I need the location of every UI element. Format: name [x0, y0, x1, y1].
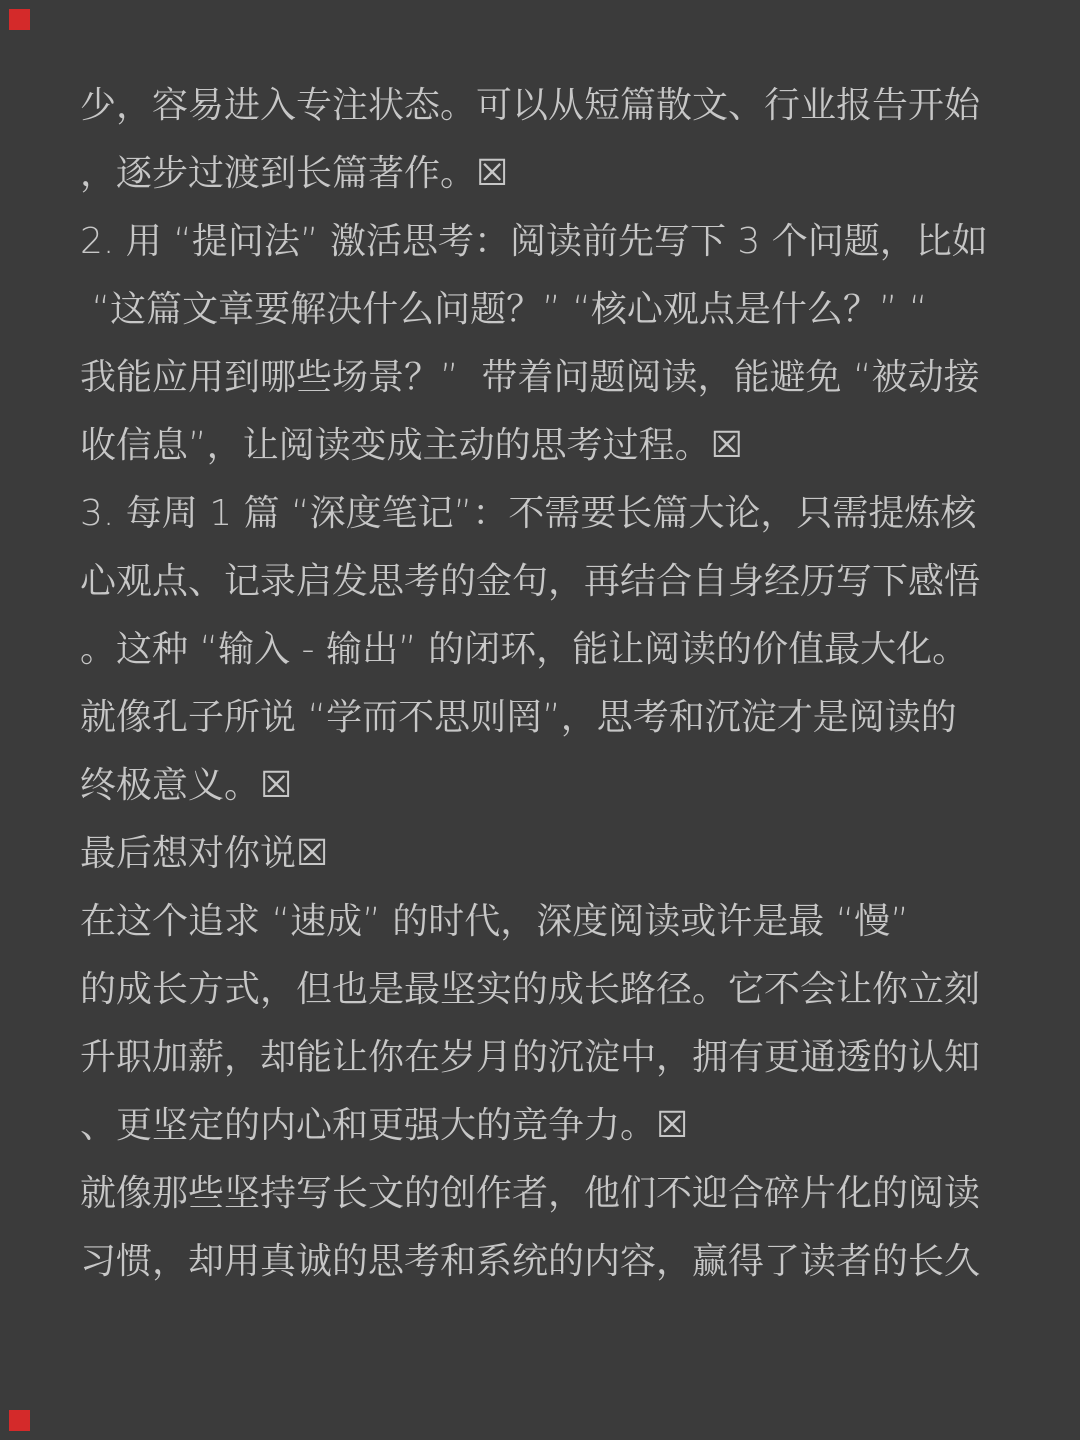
text-line: 收信息”，让阅读变成主动的思考过程。☒ — [80, 412, 1010, 480]
text-line: 升职加薪，却能让你在岁月的沉淀中，拥有更通透的认知 — [80, 1024, 1010, 1092]
text-line: 、更坚定的内心和更强大的竞争力。☒ — [80, 1092, 1010, 1160]
text-line: 3. 每周 1 篇 “深度笔记”：不需要长篇大论，只需提炼核 — [80, 480, 1010, 548]
text-line: 就像孔子所说 “学而不思则罔”，思考和沉淀才是阅读的 — [80, 684, 1010, 752]
text-line: 。这种 “输入 - 输出” 的闭环，能让阅读的价值最大化。 — [80, 616, 1010, 684]
text-line: 习惯，却用真诚的思考和系统的内容，赢得了读者的长久 — [80, 1228, 1010, 1296]
text-line: 2. 用 “提问法” 激活思考：阅读前先写下 3 个问题，比如 — [80, 208, 1010, 276]
text-line: 心观点、记录启发思考的金句，再结合自身经历写下感悟 — [80, 548, 1010, 616]
text-line: 少，容易进入专注状态。可以从短篇散文、行业报告开始 — [80, 72, 1010, 140]
article-text: 少，容易进入专注状态。可以从短篇散文、行业报告开始 ，逐步过渡到长篇著作。☒ 2… — [80, 72, 1010, 1296]
text-line: 就像那些坚持写长文的创作者，他们不迎合碎片化的阅读 — [80, 1160, 1010, 1228]
text-line: 的成长方式，但也是最坚实的成长路径。它不会让你立刻 — [80, 956, 1010, 1024]
red-corner-marker-top-left — [9, 9, 30, 30]
text-line: ，逐步过渡到长篇著作。☒ — [80, 140, 1010, 208]
text-line: 最后想对你说☒ — [80, 820, 1010, 888]
red-corner-marker-bottom-left — [9, 1410, 30, 1431]
text-line: 我能应用到哪些场景？” 带着问题阅读，能避免 “被动接 — [80, 344, 1010, 412]
text-line: 在这个追求 “速成” 的时代，深度阅读或许是最 “慢” — [80, 888, 1010, 956]
text-line: “这篇文章要解决什么问题？” “核心观点是什么？” “ — [80, 276, 1010, 344]
text-line: 终极意义。☒ — [80, 752, 1010, 820]
